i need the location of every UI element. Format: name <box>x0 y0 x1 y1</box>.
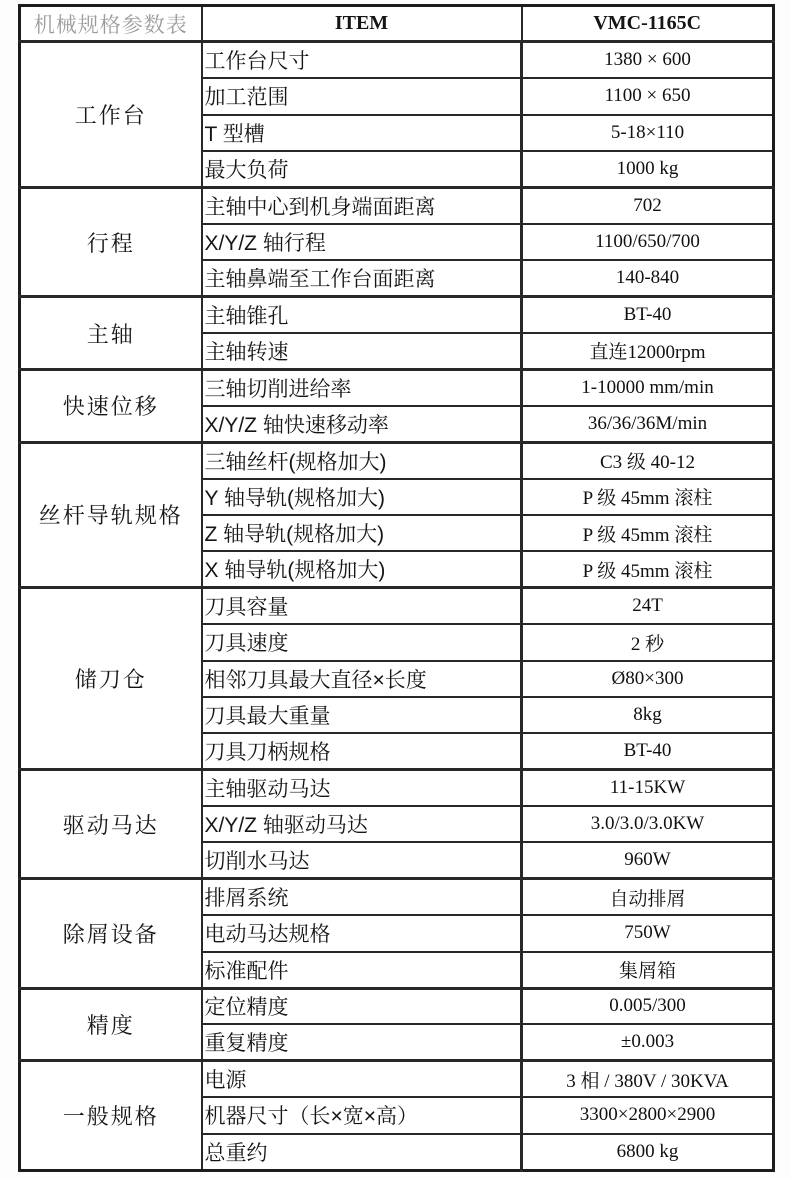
group-cell-drive-motor: 驱动马达 <box>20 770 202 879</box>
value-cell: 5-18×110 <box>522 115 774 151</box>
group-cell-accuracy: 精度 <box>20 988 202 1061</box>
table-row: 工作台 工作台尺寸 1380 × 600 <box>20 42 774 78</box>
item-cell: 排屑系统 <box>202 879 522 915</box>
value-cell: 11-15KW <box>522 770 774 806</box>
item-cell: 定位精度 <box>202 988 522 1024</box>
value-cell: 3.0/3.0/3.0KW <box>522 806 774 842</box>
item-cell: 主轴转速 <box>202 333 522 369</box>
item-cell: T 型槽 <box>202 115 522 151</box>
group-cell-ballscrew-guideway: 丝杆导轨规格 <box>20 442 202 588</box>
value-cell: 702 <box>522 187 774 223</box>
value-cell: P 级 45mm 滚柱 <box>522 515 774 551</box>
item-cell: 主轴中心到机身端面距离 <box>202 187 522 223</box>
item-cell: 三轴丝杆(规格加大) <box>202 442 522 478</box>
value-cell: 140-840 <box>522 260 774 296</box>
item-cell: 刀具刀柄规格 <box>202 733 522 769</box>
value-cell: 36/36/36M/min <box>522 406 774 442</box>
group-cell-general-spec: 一般规格 <box>20 1061 202 1170</box>
value-cell: C3 级 40-12 <box>522 442 774 478</box>
item-cell: 加工范围 <box>202 78 522 114</box>
table-row: 一般规格 电源 3 相 / 380V / 30KVA <box>20 1061 774 1097</box>
table-row: 驱动马达 主轴驱动马达 11-15KW <box>20 770 774 806</box>
value-cell: 1380 × 600 <box>522 42 774 78</box>
value-cell: Ø80×300 <box>522 661 774 697</box>
group-cell-tool-magazine: 储刀仓 <box>20 588 202 770</box>
item-cell: 机器尺寸（长×宽×高） <box>202 1097 522 1133</box>
item-cell: 三轴切削进给率 <box>202 369 522 405</box>
table-row: 快速位移 三轴切削进给率 1-10000 mm/min <box>20 369 774 405</box>
value-cell: 3 相 / 380V / 30KVA <box>522 1061 774 1097</box>
item-cell: 切削水马达 <box>202 842 522 878</box>
value-cell: 集屑箱 <box>522 952 774 988</box>
value-cell: 960W <box>522 842 774 878</box>
column-header-item: ITEM <box>202 6 522 42</box>
group-cell-travel: 行程 <box>20 187 202 296</box>
item-cell: 相邻刀具最大直径×长度 <box>202 661 522 697</box>
value-cell: 2 秒 <box>522 624 774 660</box>
table-row: 精度 定位精度 0.005/300 <box>20 988 774 1024</box>
value-cell: ±0.003 <box>522 1024 774 1060</box>
value-cell: 0.005/300 <box>522 988 774 1024</box>
item-cell: 工作台尺寸 <box>202 42 522 78</box>
group-cell-worktable: 工作台 <box>20 42 202 188</box>
group-cell-spindle: 主轴 <box>20 297 202 370</box>
header-row: 机械规格参数表 ITEM VMC-1165C <box>20 6 774 42</box>
item-cell: X/Y/Z 轴快速移动率 <box>202 406 522 442</box>
value-cell: 自动排屑 <box>522 879 774 915</box>
item-cell: Z 轴导轨(规格加大) <box>202 515 522 551</box>
item-cell: 电动马达规格 <box>202 915 522 951</box>
item-cell: 标准配件 <box>202 952 522 988</box>
table-row: 除屑设备 排屑系统 自动排屑 <box>20 879 774 915</box>
table-row: 丝杆导轨规格 三轴丝杆(规格加大) C3 级 40-12 <box>20 442 774 478</box>
value-cell: 750W <box>522 915 774 951</box>
item-cell: 主轴鼻端至工作台面距离 <box>202 260 522 296</box>
value-cell: 24T <box>522 588 774 624</box>
group-cell-chip-removal: 除屑设备 <box>20 879 202 988</box>
item-cell: 刀具容量 <box>202 588 522 624</box>
item-cell: X 轴导轨(规格加大) <box>202 551 522 587</box>
item-cell: 总重约 <box>202 1134 522 1170</box>
table-title: 机械规格参数表 <box>20 6 202 42</box>
value-cell: P 级 45mm 滚柱 <box>522 551 774 587</box>
item-cell: 主轴驱动马达 <box>202 770 522 806</box>
value-cell: 8kg <box>522 697 774 733</box>
item-cell: 主轴锥孔 <box>202 297 522 333</box>
item-cell: 电源 <box>202 1061 522 1097</box>
value-cell: 直连12000rpm <box>522 333 774 369</box>
value-cell: 6800 kg <box>522 1134 774 1170</box>
column-header-model: VMC-1165C <box>522 6 774 42</box>
item-cell: 刀具速度 <box>202 624 522 660</box>
item-cell: X/Y/Z 轴驱动马达 <box>202 806 522 842</box>
value-cell: 1000 kg <box>522 151 774 187</box>
item-cell: Y 轴导轨(规格加大) <box>202 479 522 515</box>
table-row: 主轴 主轴锥孔 BT-40 <box>20 297 774 333</box>
value-cell: BT-40 <box>522 733 774 769</box>
item-cell: 刀具最大重量 <box>202 697 522 733</box>
item-cell: 重复精度 <box>202 1024 522 1060</box>
value-cell: 1100 × 650 <box>522 78 774 114</box>
item-cell: 最大负荷 <box>202 151 522 187</box>
table-row: 行程 主轴中心到机身端面距离 702 <box>20 187 774 223</box>
value-cell: BT-40 <box>522 297 774 333</box>
value-cell: 3300×2800×2900 <box>522 1097 774 1133</box>
machine-spec-table: 机械规格参数表 ITEM VMC-1165C 工作台 工作台尺寸 1380 × … <box>18 4 775 1172</box>
value-cell: 1-10000 mm/min <box>522 369 774 405</box>
table-row: 储刀仓 刀具容量 24T <box>20 588 774 624</box>
value-cell: P 级 45mm 滚柱 <box>522 479 774 515</box>
item-cell: X/Y/Z 轴行程 <box>202 224 522 260</box>
group-cell-rapid-traverse: 快速位移 <box>20 369 202 442</box>
value-cell: 1100/650/700 <box>522 224 774 260</box>
